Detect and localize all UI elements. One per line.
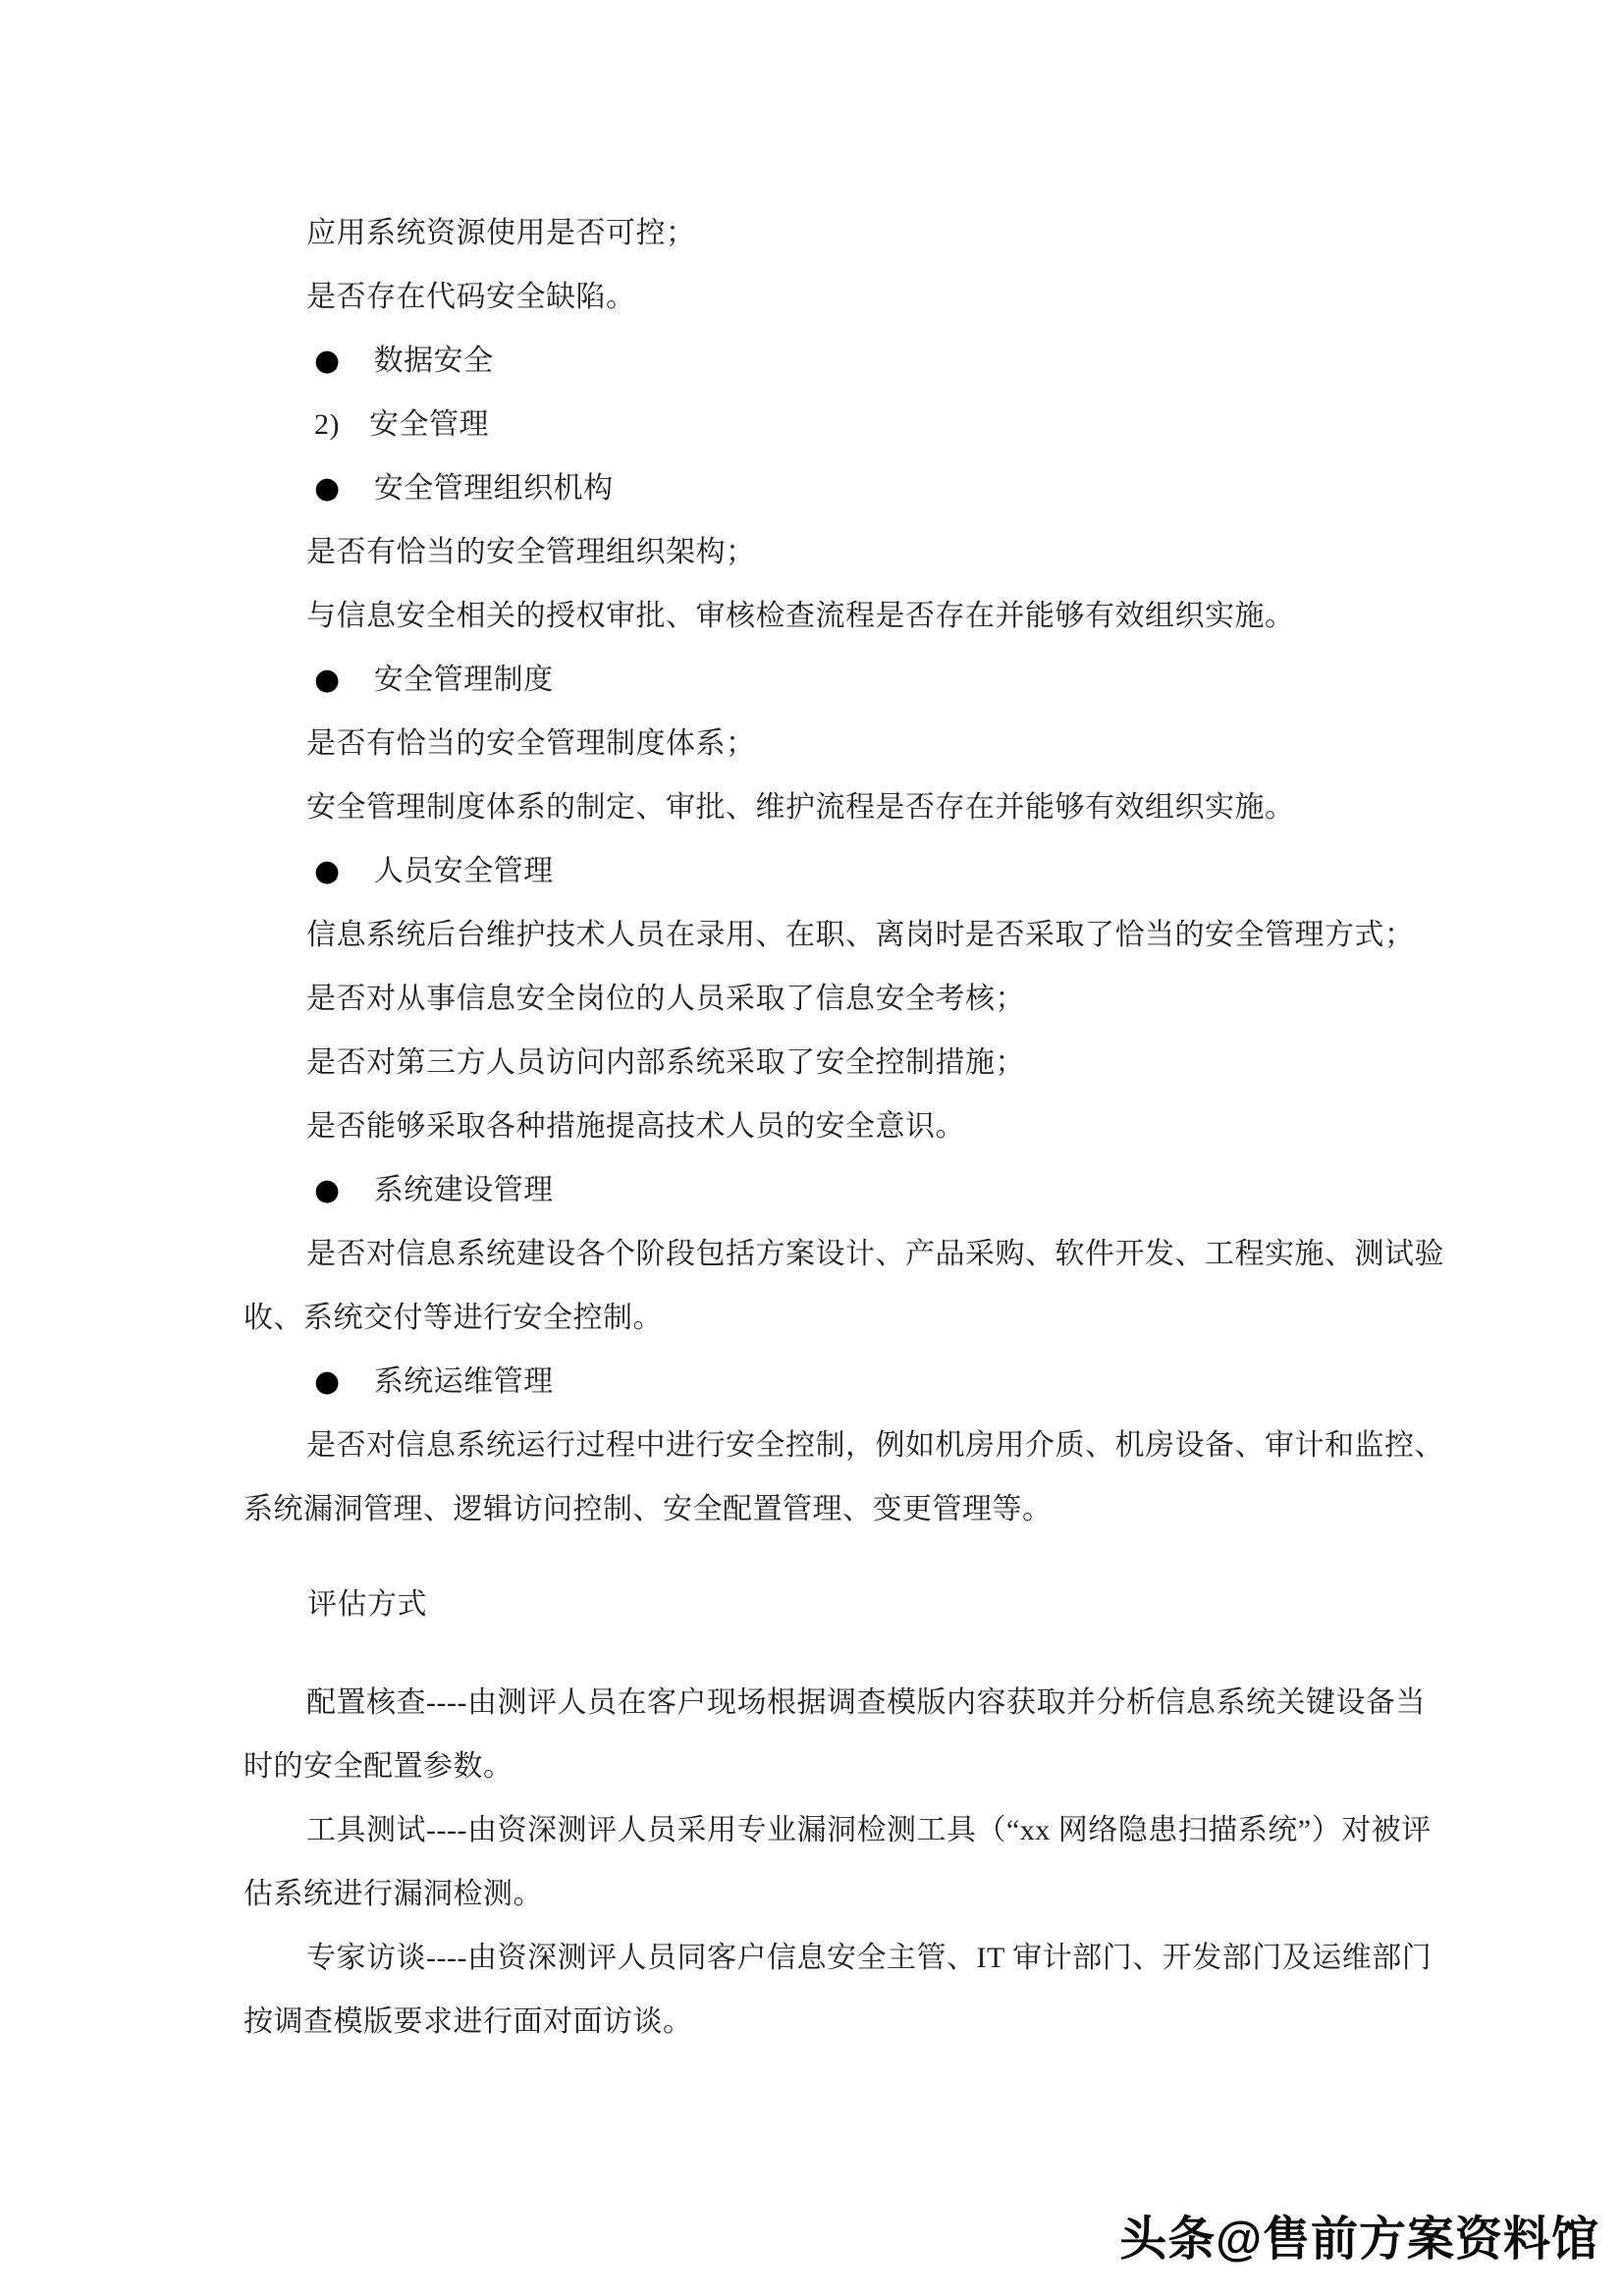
text-line: 估系统进行漏洞检测。 (0, 1875, 1623, 1939)
text-line: 应用系统资源使用是否可控； (0, 214, 1623, 278)
text-line: 是否对信息系统建设各个阶段包括方案设计、产品采购、软件开发、工程实施、测试验 (0, 1235, 1623, 1299)
line-text: 按调查模版要求进行面对面访谈。 (243, 2005, 693, 2038)
line-text: 系统漏洞管理、逻辑访问控制、安全配置管理、变更管理等。 (243, 1493, 1053, 1525)
line-text: 收、系统交付等进行安全控制。 (243, 1302, 663, 1334)
section-heading: 评估方式 (0, 1585, 1623, 1649)
document-page: 应用系统资源使用是否可控；是否存在代码安全缺陷。●数据安全2)安全管理●安全管理… (0, 0, 1623, 2296)
bullet-icon: ● (314, 469, 341, 508)
line-text: 是否有恰当的安全管理制度体系； (306, 727, 756, 760)
bullet-item: ●系统建设管理 (0, 1171, 1623, 1235)
line-text: 与信息安全相关的授权审批、审核检查流程是否存在并能够有效组织实施。 (306, 600, 1295, 632)
text-line: 是否能够采取各种措施提高技术人员的安全意识。 (0, 1107, 1623, 1171)
text-line: 时的安全配置参数。 (0, 1747, 1623, 1811)
line-text: 工具测试----由资深测评人员采用专业漏洞检测工具（“xx 网络隐患扫描系统”）… (306, 1814, 1432, 1846)
line-text: 安全管理 (369, 408, 489, 441)
numbered-item: 2)安全管理 (0, 405, 1623, 469)
line-text: 安全管理组织机构 (374, 472, 614, 505)
line-text: 应用系统资源使用是否可控； (306, 217, 696, 249)
watermark-text: 头条@售前方案资料馆 (1119, 2211, 1599, 2269)
text-line: 安全管理制度体系的制定、审批、维护流程是否存在并能够有效组织实施。 (0, 788, 1623, 852)
text-line: 是否对信息系统运行过程中进行安全控制，例如机房用介质、机房设备、审计和监控、 (0, 1426, 1623, 1490)
text-line: 工具测试----由资深测评人员采用专业漏洞检测工具（“xx 网络隐患扫描系统”）… (0, 1811, 1623, 1875)
bullet-icon: ● (314, 1171, 341, 1210)
line-text: 安全管理制度体系的制定、审批、维护流程是否存在并能够有效组织实施。 (306, 791, 1295, 824)
bullet-icon: ● (314, 661, 341, 700)
line-text: 是否对从事信息安全岗位的人员采取了信息安全考核； (306, 983, 1025, 1015)
bullet-icon: ● (314, 852, 341, 891)
text-line: 与信息安全相关的授权审批、审核检查流程是否存在并能够有效组织实施。 (0, 597, 1623, 661)
text-line: 是否有恰当的安全管理制度体系； (0, 724, 1623, 788)
line-text: 人员安全管理 (374, 855, 554, 887)
line-text: 专家访谈----由资深测评人员同客户信息安全主管、IT 审计部门、开发部门及运维… (306, 1942, 1432, 1974)
text-line: 是否对第三方人员访问内部系统采取了安全控制措施； (0, 1043, 1623, 1107)
bullet-icon: ● (314, 342, 341, 381)
bullet-item: ●系统运维管理 (0, 1362, 1623, 1426)
line-text: 时的安全配置参数。 (243, 1750, 514, 1783)
text-line: 是否对从事信息安全岗位的人员采取了信息安全考核； (0, 980, 1623, 1043)
line-text: 系统建设管理 (374, 1174, 554, 1206)
line-text: 是否有恰当的安全管理组织架构； (306, 536, 756, 568)
text-line: 按调查模版要求进行面对面访谈。 (0, 2002, 1623, 2066)
list-number: 2) (314, 405, 340, 445)
line-text: 安全管理制度 (374, 664, 554, 696)
bullet-item: ●数据安全 (0, 342, 1623, 405)
line-text: 系统运维管理 (374, 1365, 554, 1398)
text-line: 是否有恰当的安全管理组织架构； (0, 533, 1623, 597)
text-line: 收、系统交付等进行安全控制。 (0, 1299, 1623, 1362)
bullet-item: ●安全管理组织机构 (0, 469, 1623, 533)
line-text: 配置核查----由测评人员在客户现场根据调查模版内容获取并分析信息系统关键设备当 (306, 1686, 1426, 1719)
line-text: 是否对信息系统建设各个阶段包括方案设计、产品采购、软件开发、工程实施、测试验 (306, 1238, 1444, 1270)
line-text: 是否对第三方人员访问内部系统采取了安全控制措施； (306, 1046, 1025, 1079)
line-text: 估系统进行漏洞检测。 (243, 1878, 543, 1910)
text-line: 系统漏洞管理、逻辑访问控制、安全配置管理、变更管理等。 (0, 1490, 1623, 1554)
line-text: 数据安全 (374, 345, 494, 377)
text-line: 信息系统后台维护技术人员在录用、在职、离岗时是否采取了恰当的安全管理方式； (0, 916, 1623, 980)
document-body: 应用系统资源使用是否可控；是否存在代码安全缺陷。●数据安全2)安全管理●安全管理… (0, 214, 1623, 2066)
line-text: 是否能够采取各种措施提高技术人员的安全意识。 (306, 1110, 965, 1143)
bullet-icon: ● (314, 1362, 341, 1402)
line-text: 评估方式 (307, 1588, 427, 1621)
text-line: 是否存在代码安全缺陷。 (0, 278, 1623, 342)
text-line: 专家访谈----由资深测评人员同客户信息安全主管、IT 审计部门、开发部门及运维… (0, 1939, 1623, 2002)
line-text: 信息系统后台维护技术人员在录用、在职、离岗时是否采取了恰当的安全管理方式； (306, 919, 1415, 951)
bullet-item: ●人员安全管理 (0, 852, 1623, 916)
line-text: 是否对信息系统运行过程中进行安全控制，例如机房用介质、机房设备、审计和监控、 (306, 1429, 1444, 1462)
line-text: 是否存在代码安全缺陷。 (306, 281, 636, 313)
bullet-item: ●安全管理制度 (0, 661, 1623, 724)
text-line: 配置核查----由测评人员在客户现场根据调查模版内容获取并分析信息系统关键设备当 (0, 1683, 1623, 1747)
